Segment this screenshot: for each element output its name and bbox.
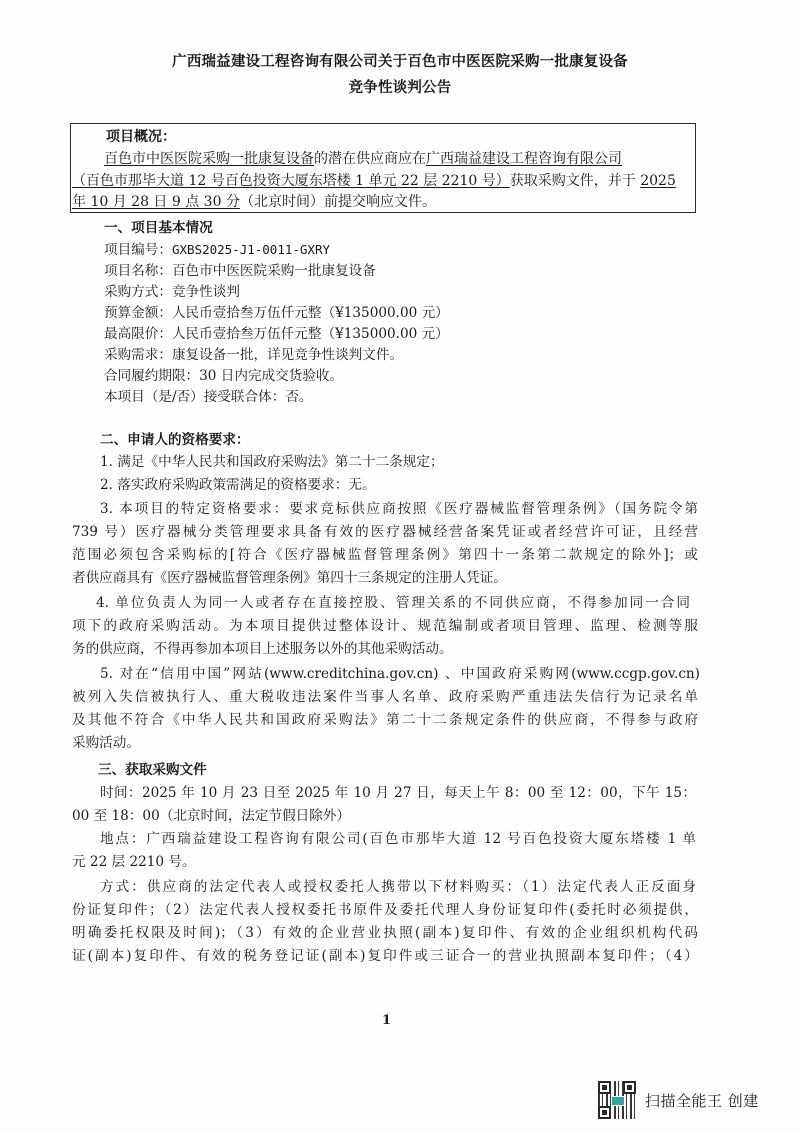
requirement-3-line3: 范围必须包含采购标的[符合《医疗器械监督管理条例》第四十一条第二款规定的除外]；… <box>72 545 698 565</box>
acquisition-method-line3: 明确委托权限及时间)；（3）有效的企业营业执照(副本)复印件、有效的企业组织机构… <box>72 923 698 943</box>
requirement-4-line1: 4. 单位负责人为同一人或者存在直接控股、管理关系的不同供应商，不得参加同一合同 <box>96 593 690 613</box>
info-label: 采购方式： <box>104 284 172 300</box>
overview-address: （百色市那毕大道 12 号百色投资大厦东塔楼 1 单元 22 层 2210 号） <box>72 173 510 189</box>
requirement-4-line3: 务的供应商，不得再参加本项目上述服务以外的其他采购活动。 <box>72 639 698 659</box>
info-contract-period: 合同履约期限：30 日内完成交货验收。 <box>104 366 698 386</box>
info-max-price: 最高限价：人民币壹拾叁万伍仟元整（¥135000.00 元） <box>104 324 698 344</box>
info-value: 百色市中医医院采购一批康复设备 <box>172 263 376 279</box>
watermark-text: 扫描全能王 创建 <box>645 1090 759 1111</box>
requirement-3-line2: 739 号）医疗器械分类管理要求具备有效的医疗器械经营备案凭证或者经营许可证，且… <box>72 522 698 542</box>
overview-heading: 项目概况： <box>106 127 176 147</box>
overview-line2-mid: 获取采购文件，并于 <box>510 173 640 189</box>
section1-heading: 一、项目基本情况 <box>104 218 698 238</box>
requirement-5-line1: 5. 对在“信用中国”网站(www.creditchina.gov.cn) 、中… <box>100 664 700 684</box>
requirement-3-line1: 3. 本项目的特定资格要求：要求竞标供应商按照《医疗器械监督管理条例》（国务院令… <box>100 499 698 519</box>
info-budget: 预算金额：人民币壹拾叁万伍仟元整（¥135000.00 元） <box>104 303 698 323</box>
info-value: 人民币壹拾叁万伍仟元整（¥135000.00 元） <box>172 305 449 321</box>
requirement-4-line2: 项下的政府采购活动。为本项目提供过整体设计、规范编制或者项目管理、监理、检测等服 <box>72 616 698 636</box>
acquisition-place-line2: 元 22 层 2210 号。 <box>72 852 698 872</box>
qr-code-icon <box>598 1081 636 1119</box>
info-value: 人民币壹拾叁万伍仟元整（¥135000.00 元） <box>172 326 449 342</box>
overview-line3-rest: （北京时间）前提交响应文件。 <box>240 194 436 210</box>
page-number: 1 <box>382 1013 391 1028</box>
document-title-line2: 竞争性谈判公告 <box>0 76 800 97</box>
document-page: 广西瑞益建设工程咨询有限公司关于百色市中医医院采购一批康复设备 竞争性谈判公告 … <box>0 0 800 1132</box>
acquisition-method-line4: 证(副本)复印件、有效的税务登记证(副本)复印件或三证合一的营业执照副本复印件；… <box>72 946 698 966</box>
info-label: 采购需求： <box>104 347 172 363</box>
info-label: 项目编号： <box>104 242 172 258</box>
section3-heading: 三、获取采购文件 <box>98 760 724 780</box>
info-value: 30 日内完成交货验收。 <box>199 368 343 384</box>
acquisition-time-line2: 00 至 18：00（北京时间，法定节假日除外） <box>72 806 698 826</box>
info-consortium: 本项目（是/否）接受联合体：否。 <box>104 387 698 407</box>
info-label: 项目名称： <box>104 263 172 279</box>
overview-deadline-year: 2025 <box>640 173 676 189</box>
info-procurement-method: 采购方式：竞争性谈判 <box>104 282 698 302</box>
acquisition-time-line1: 时间：2025 年 10 月 23 日至 2025 年 10 月 27 日，每天… <box>100 783 696 803</box>
acquisition-method-line2: 份证复印件；（2）法定代表人授权委托书原件及委托代理人身份证复印件(委托时必须提… <box>72 900 698 920</box>
requirement-5-line2: 被列入失信被执行人、重大税收违法案件当事人名单、政府采购严重违法失信行为记录名单 <box>72 687 698 707</box>
info-value: 竞争性谈判 <box>172 284 240 300</box>
info-value: GXBS2025-J1-0011-GXRY <box>172 242 330 257</box>
document-title-line1: 广西瑞益建设工程咨询有限公司关于百色市中医医院采购一批康复设备 <box>0 50 800 71</box>
info-project-name: 项目名称：百色市中医医院采购一批康复设备 <box>104 261 698 281</box>
requirement-3-line4: 者供应商具有《医疗器械监督管理条例》第四十三条规定的注册人凭证。 <box>72 568 698 588</box>
overview-project-name: 百色市中医医院采购一批康复设备 <box>104 151 314 167</box>
acquisition-method-line1: 方式：供应商的法定代表人或授权委托人携带以下材料购买：（1）法定代表人正反面身 <box>100 877 696 897</box>
overview-agency-name: 广西瑞益建设工程咨询有限公司 <box>426 151 622 167</box>
overview-line1-mid: 的潜在供应商应在 <box>314 151 426 167</box>
info-value: 否。 <box>285 389 312 405</box>
info-label: 本项目（是/否）接受联合体： <box>104 389 285 405</box>
requirement-2: 2. 落实政府采购政策需满足的资格要求：无。 <box>100 475 694 495</box>
info-label: 最高限价： <box>104 326 172 342</box>
section2-heading: 二、申请人的资格要求： <box>100 430 694 450</box>
overview-line-2: （百色市那毕大道 12 号百色投资大厦东塔楼 1 单元 22 层 2210 号）… <box>72 171 676 191</box>
info-requirements: 采购需求：康复设备一批，详见竞争性谈判文件。 <box>104 345 698 365</box>
requirement-5-line4: 采购活动。 <box>72 733 698 753</box>
info-label: 合同履约期限： <box>104 368 199 384</box>
overview-line-1: 百色市中医医院采购一批康复设备的潜在供应商应在广西瑞益建设工程咨询有限公司 <box>104 149 622 169</box>
overview-line-3: 年 10 月 28 日 9 点 30 分（北京时间）前提交响应文件。 <box>72 192 436 212</box>
requirement-1: 1. 满足《中华人民共和国政府采购法》第二十二条规定； <box>100 452 694 472</box>
info-label: 预算金额： <box>104 305 172 321</box>
acquisition-place-line1: 地点：广西瑞益建设工程咨询有限公司(百色市那毕大道 12 号百色投资大厦东塔楼 … <box>100 829 696 849</box>
info-project-number: 项目编号：GXBS2025-J1-0011-GXRY <box>104 240 698 260</box>
scanner-watermark: 扫描全能王 创建 <box>598 1080 759 1120</box>
requirement-5-line3: 及其他不符合《中华人民共和国政府采购法》第二十二条规定条件的供应商，不得参与政府 <box>72 710 698 730</box>
info-value: 康复设备一批，详见竞争性谈判文件。 <box>172 347 403 363</box>
overview-deadline-date: 年 10 月 28 日 9 点 30 分 <box>72 194 240 210</box>
